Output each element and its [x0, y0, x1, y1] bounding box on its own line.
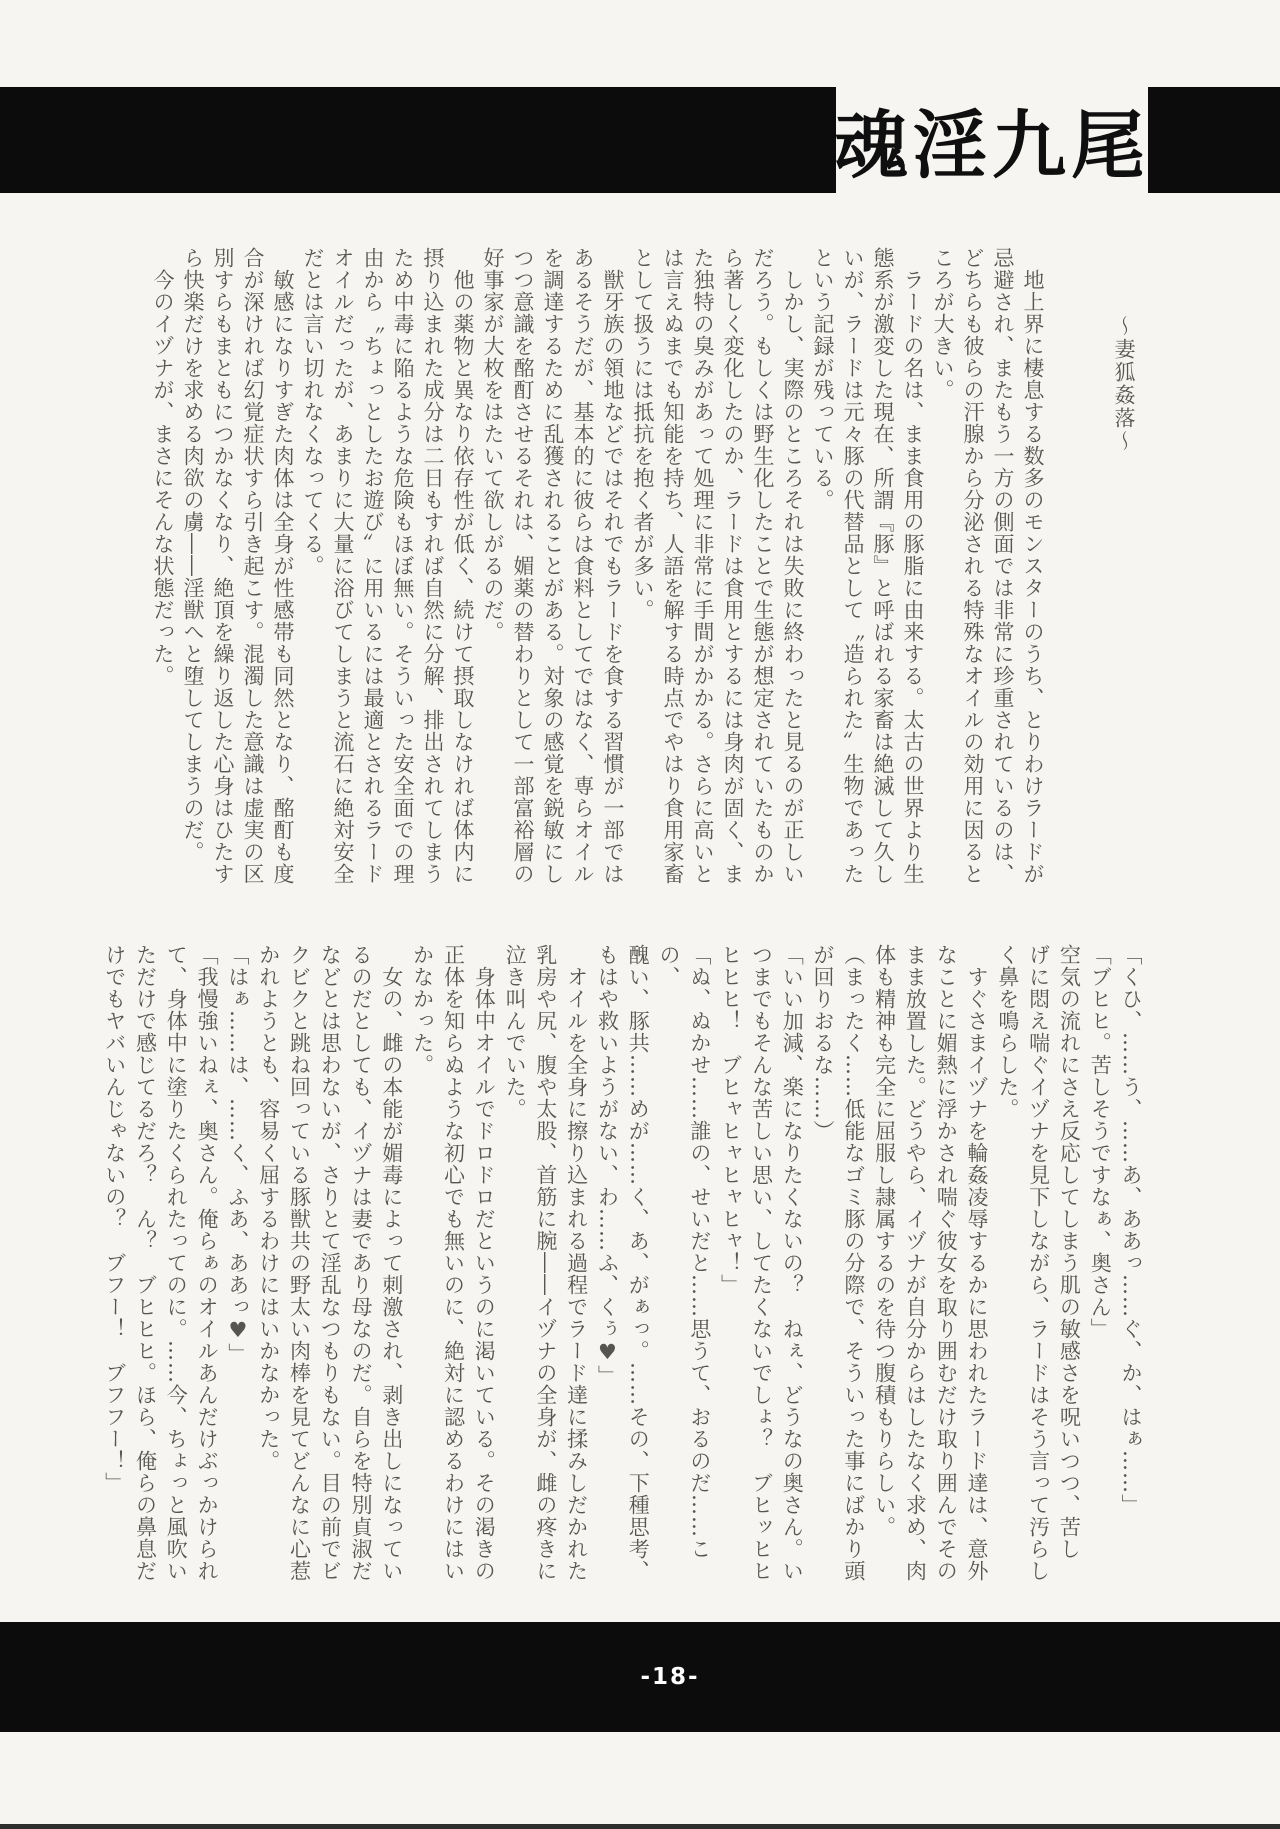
top-right-black-block	[1148, 87, 1280, 193]
story-text-block-1: 地上界に棲息する数多のモンスターのうち、とりわけラードが 忌避され、またもう一方…	[148, 247, 1048, 899]
scanned-book-page: 魂淫九尾 ～妻狐姦落～ 地上界に棲息する数多のモンスターのうち、とりわけラードが…	[0, 0, 1280, 1829]
bottom-edge-line	[0, 1824, 1280, 1829]
page-title-calligraphy: 魂淫九尾	[836, 86, 1148, 194]
top-black-bar	[0, 87, 836, 193]
page-number: -18-	[610, 1664, 730, 1690]
section-header: ～妻狐姦落～	[1109, 315, 1139, 453]
story-text-block-2: 「くひ、……う、……あ、ああっ……ぐ、か、はぁ……」 「ブヒヒ。苦しそうですなぁ…	[99, 944, 1146, 1596]
